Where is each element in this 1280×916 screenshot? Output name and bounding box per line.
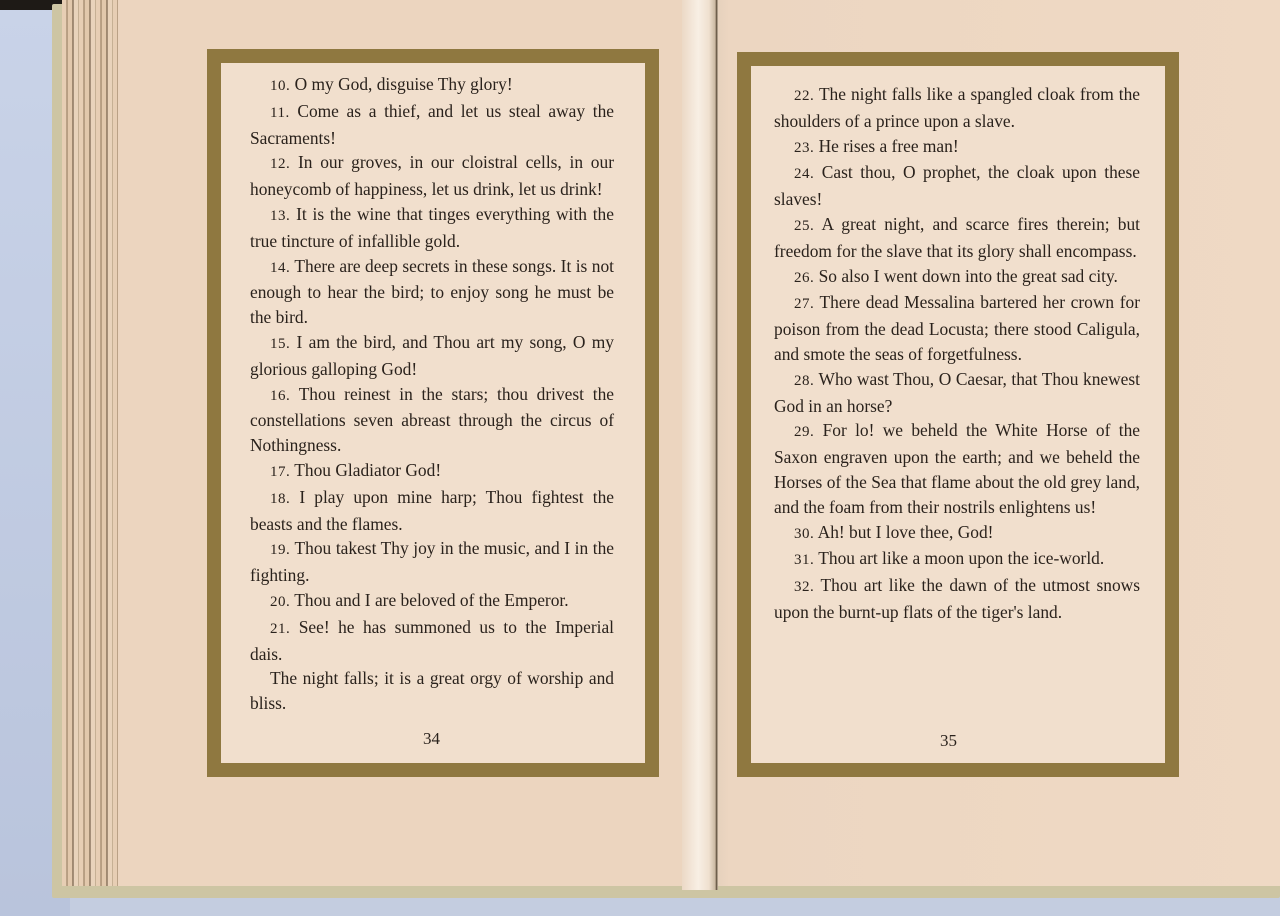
verse-number: 19.: [270, 542, 290, 558]
verse-20: 20. Thou and I are beloved of the Empero…: [250, 588, 614, 615]
verse-number: 31.: [794, 552, 814, 568]
verse-text: Thou Gladiator God!: [294, 460, 441, 480]
verse-16: 16. Thou reinest in the stars; thou driv…: [250, 382, 614, 458]
verse-17: 17. Thou Gladiator God!: [250, 458, 614, 485]
verse-24: 24. Cast thou, O prophet, the cloak upon…: [774, 160, 1140, 212]
verse-22: 22. The night falls like a spangled cloa…: [774, 82, 1140, 134]
verse-number: 14.: [270, 260, 290, 276]
verse-text: There dead Messalina bartered her crown …: [774, 292, 1140, 364]
verse-number: 23.: [794, 140, 814, 156]
verse-18: 18. I play upon mine harp; Thou fightest…: [250, 485, 614, 537]
verse-26: 26. So also I went down into the great s…: [774, 264, 1140, 291]
verse-13: 13. It is the wine that tinges everythin…: [250, 202, 614, 254]
verse-11: 11. Come as a thief, and let us steal aw…: [250, 99, 614, 151]
verse-number: 15.: [270, 336, 290, 352]
verse-number: 11.: [270, 105, 290, 121]
verse-number: 22.: [794, 88, 814, 104]
verse-text: There are deep secrets in these songs. I…: [250, 256, 614, 328]
verse-text: Thou art like a moon upon the ice-world.: [818, 548, 1104, 568]
verse-28: 28. Who wast Thou, O Caesar, that Thou k…: [774, 367, 1140, 419]
verse-number: 32.: [794, 579, 814, 595]
verse-text: I am the bird, and Thou art my song, O m…: [250, 332, 614, 379]
verse-text: For lo! we beheld the White Horse of the…: [774, 420, 1140, 516]
verse-text: Come as a thief, and let us steal away t…: [250, 101, 614, 148]
verse-30: 30. Ah! but I love thee, God!: [774, 520, 1140, 547]
verse-text: The night falls; it is a great orgy of w…: [250, 668, 614, 713]
verse-number: 16.: [270, 388, 290, 404]
verse-text: Cast thou, O prophet, the cloak upon the…: [774, 162, 1140, 209]
right-page-text: 22. The night falls like a spangled cloa…: [774, 82, 1140, 625]
book-gutter: [682, 0, 718, 890]
verse-text: It is the wine that tinges everything wi…: [250, 204, 614, 251]
verse-29: 29. For lo! we beheld the White Horse of…: [774, 418, 1140, 519]
verse-25: 25. A great night, and scarce fires ther…: [774, 212, 1140, 264]
verse-14: 14. There are deep secrets in these song…: [250, 254, 614, 330]
verse-number: 28.: [794, 373, 814, 389]
verse-21: 21. See! he has summoned us to the Imper…: [250, 615, 614, 667]
verse-number: 20.: [270, 594, 290, 610]
verse-text: The night falls like a spangled cloak fr…: [774, 84, 1140, 131]
verse-number: 17.: [270, 464, 290, 480]
page-number-left: 34: [423, 729, 440, 749]
page-edges-stack: [62, 0, 122, 886]
verse-number: 12.: [270, 156, 290, 172]
verse-text: He rises a free man!: [819, 136, 959, 156]
verse-text: O my God, disguise Thy glory!: [295, 74, 513, 94]
verse-31: 31. Thou art like a moon upon the ice-wo…: [774, 546, 1140, 573]
closing-paragraph: The night falls; it is a great orgy of w…: [250, 666, 614, 716]
verse-19: 19. Thou takest Thy joy in the music, an…: [250, 536, 614, 588]
page-number-right: 35: [940, 731, 957, 751]
verse-number: 24.: [794, 166, 814, 182]
left-page-text: 10. O my God, disguise Thy glory! 11. Co…: [250, 72, 614, 716]
verse-number: 26.: [794, 270, 814, 286]
verse-number: 30.: [794, 526, 814, 542]
verse-number: 27.: [794, 296, 814, 312]
verse-number: 10.: [270, 78, 290, 94]
verse-text: So also I went down into the great sad c…: [819, 266, 1118, 286]
verse-text: Ah! but I love thee, God!: [818, 522, 994, 542]
verse-23: 23. He rises a free man!: [774, 134, 1140, 161]
verse-text: Thou and I are beloved of the Emperor.: [294, 590, 568, 610]
verse-15: 15. I am the bird, and Thou art my song,…: [250, 330, 614, 382]
verse-text: Thou reinest in the stars; thou drivest …: [250, 384, 614, 456]
verse-12: 12. In our groves, in our cloistral cell…: [250, 150, 614, 202]
verse-text: I play upon mine harp; Thou fightest the…: [250, 487, 614, 534]
verse-number: 18.: [270, 491, 290, 507]
verse-10: 10. O my God, disguise Thy glory!: [250, 72, 614, 99]
verse-number: 25.: [794, 218, 814, 234]
verse-32: 32. Thou art like the dawn of the utmost…: [774, 573, 1140, 625]
verse-text: See! he has summoned us to the Imperial …: [250, 617, 614, 664]
verse-27: 27. There dead Messalina bartered her cr…: [774, 290, 1140, 366]
verse-text: Who wast Thou, O Caesar, that Thou knewe…: [774, 369, 1140, 416]
verse-number: 13.: [270, 208, 290, 224]
verse-number: 29.: [794, 424, 814, 440]
verse-text: A great night, and scarce fires therein;…: [774, 214, 1140, 261]
verse-text: Thou art like the dawn of the utmost sno…: [774, 575, 1140, 622]
verse-number: 21.: [270, 621, 290, 637]
verse-text: Thou takest Thy joy in the music, and I …: [250, 538, 614, 585]
verse-text: In our groves, in our cloistral cells, i…: [250, 152, 614, 199]
